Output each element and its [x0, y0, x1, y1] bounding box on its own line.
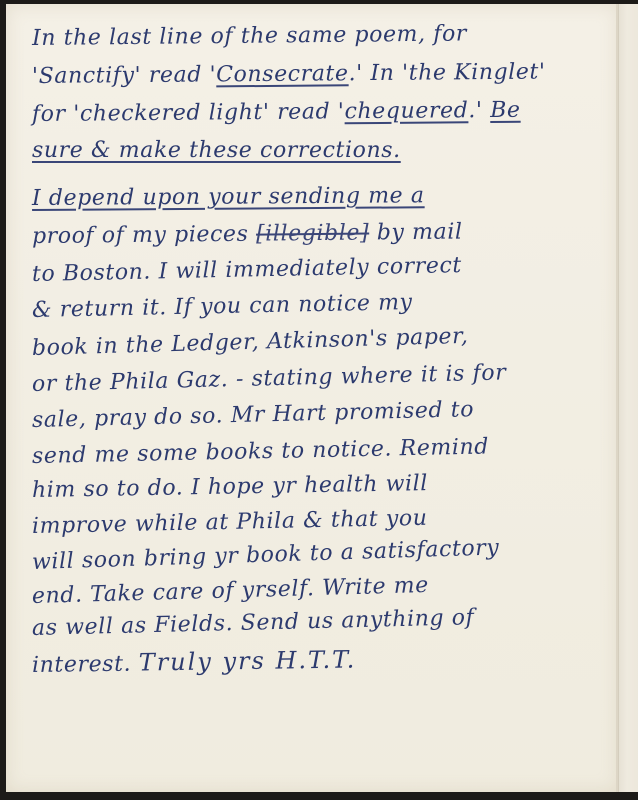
- text-line-15: will soon bring yr book to a satisfactor…: [32, 535, 500, 575]
- line-part: interest.: [32, 652, 139, 678]
- text-line-13: him so to do. I hope yr health will: [32, 471, 428, 503]
- text-line-14: improve while at Phila & that you: [32, 506, 428, 539]
- line-text: I depend upon your sending me a: [32, 183, 425, 211]
- text-line-3: for 'checkered light' read 'chequered.' …: [32, 98, 521, 127]
- underlined-word-chequered: chequered: [344, 98, 468, 124]
- underlined-word-consecrate: Consecrate: [216, 61, 349, 87]
- struck-out-word: [illegible]: [256, 220, 369, 246]
- text-line-6: proof of my pieces [illegible] by mail: [32, 219, 463, 249]
- adjacent-page-edge: [618, 4, 638, 792]
- line-text: end. Take care of yrself. Write me: [32, 573, 430, 609]
- line-text: to Boston. I will immediately correct: [32, 253, 462, 287]
- line-text: or the Phila Gaz. - stating where it is …: [32, 360, 507, 397]
- line-part: by mail: [369, 219, 463, 245]
- line-text: sale, pray do so. Mr Hart promised to: [32, 397, 475, 433]
- text-line-9: book in the Ledger, Atkinson's paper,: [32, 324, 469, 361]
- text-line-11: sale, pray do so. Mr Hart promised to: [32, 397, 475, 433]
- signature: Truly yrs H.T.T.: [139, 645, 357, 676]
- line-part: .': [468, 98, 490, 123]
- text-line-16: end. Take care of yrself. Write me: [32, 573, 430, 609]
- line-text: improve while at Phila & that you: [32, 506, 428, 539]
- text-line-18: interest. Truly yrs H.T.T.: [32, 645, 357, 678]
- line-text: will soon bring yr book to a satisfactor…: [32, 535, 500, 575]
- text-line-10: or the Phila Gaz. - stating where it is …: [32, 360, 507, 397]
- line-text: him so to do. I hope yr health will: [32, 471, 428, 503]
- text-line-12: send me some books to notice. Remind: [32, 434, 489, 469]
- text-line-7: to Boston. I will immediately correct: [32, 253, 462, 287]
- text-line-1: In the last line of the same poem, for: [32, 21, 467, 51]
- line-text: book in the Ledger, Atkinson's paper,: [32, 324, 469, 361]
- text-line-17: as well as Fields. Send us anything of: [32, 605, 475, 641]
- line-part: for 'checkered light' read ': [32, 99, 345, 127]
- line-text: send me some books to notice. Remind: [32, 434, 489, 469]
- text-line-5: I depend upon your sending me a: [32, 183, 425, 211]
- underlined-word-be: Be: [490, 98, 521, 123]
- line-text: In the last line of the same poem, for: [32, 21, 467, 51]
- line-text: & return it. If you can notice my: [32, 290, 413, 323]
- text-line-2: 'Sanctify' read 'Consecrate.' In 'the Ki…: [32, 60, 546, 89]
- text-line-8: & return it. If you can notice my: [32, 290, 413, 323]
- line-part: 'Sanctify' read ': [32, 62, 216, 89]
- line-text: sure & make these corrections.: [32, 138, 401, 163]
- line-text: as well as Fields. Send us anything of: [32, 605, 475, 641]
- line-part: .' In 'the Kinglet': [348, 60, 545, 87]
- text-line-4: sure & make these corrections.: [32, 138, 401, 163]
- line-part: proof of my pieces: [32, 222, 256, 249]
- letter-page: In the last line of the same poem, for '…: [6, 4, 618, 792]
